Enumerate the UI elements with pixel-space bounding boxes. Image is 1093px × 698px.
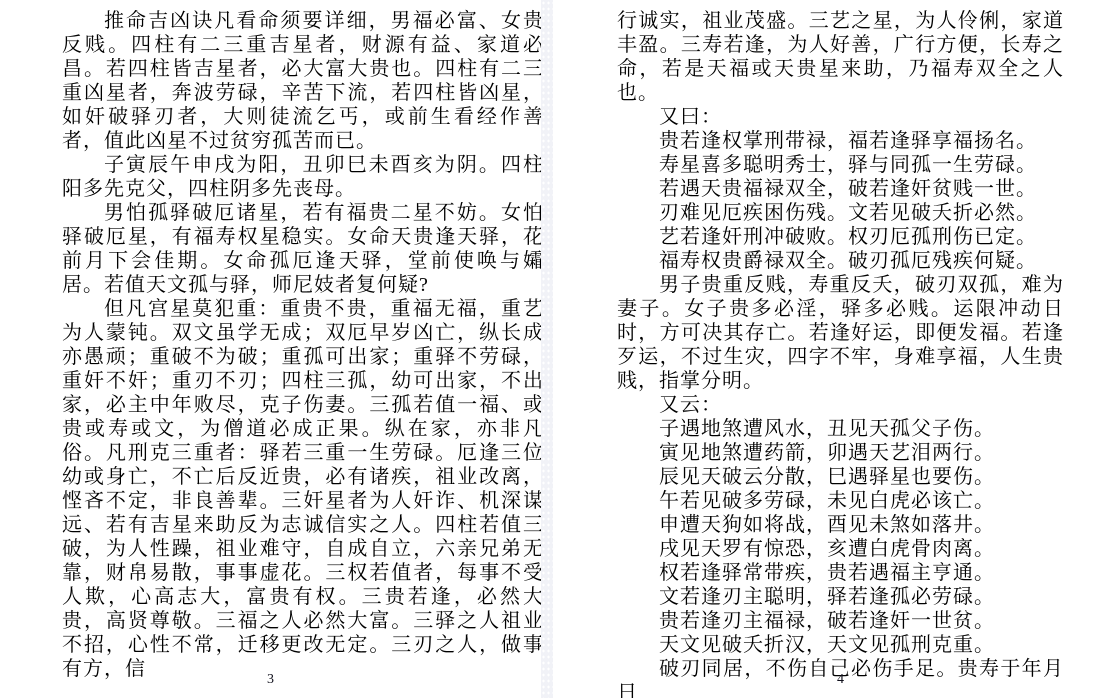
paragraph: 贵若逢权掌刑带禄，福若逢驿享福扬名。 — [617, 129, 1064, 153]
paragraph: 又云： — [617, 393, 1064, 417]
paragraph: 但凡宫星莫犯重：重贵不贵，重福无福，重艺为人蒙钝。双文虽学无成；双厄早岁凶亡，纵… — [62, 297, 544, 681]
paragraph: 天文见破夭折汉，天文见孤刑克重。 — [617, 633, 1064, 657]
paragraph: 戌见天罗有惊恐，亥遭白虎骨肉离。 — [617, 537, 1064, 561]
paragraph: 辰见天破云分散，巳遇驿星也要伤。 — [617, 465, 1064, 489]
paragraph: 寅见地煞遭药箭，卯遇天艺泪两行。 — [617, 441, 1064, 465]
page-4-number: 4 — [617, 671, 1064, 688]
paragraph: 推命吉凶诀凡看命须要详细，男福必富、女贵反贱。四柱有二三重吉星者，财源有益、家道… — [62, 9, 544, 153]
page-gutter-divider — [541, 0, 553, 698]
page-3: 推命吉凶诀凡看命须要详细，男福必富、女贵反贱。四柱有二三重吉星者，财源有益、家道… — [0, 0, 541, 698]
paragraph: 寿星喜多聪明秀士，驿与同孤一生劳碌。 — [617, 153, 1064, 177]
page-3-text-column: 推命吉凶诀凡看命须要详细，男福必富、女贵反贱。四柱有二三重吉星者，财源有益、家道… — [62, 9, 544, 681]
paragraph: 刃难见厄疾困伤残。文若见破夭折必然。 — [617, 201, 1064, 225]
paragraph: 男怕孤驿破厄诸星，若有福贵二星不妨。女怕驿破厄星，有福寿权星稳实。女命天贵逢天驿… — [62, 201, 544, 297]
page-4: 行诚实，祖业茂盛。三艺之星，为人伶俐，家道丰盈。三寿若逢，为人好善，广行方便，长… — [553, 0, 1093, 698]
paragraph: 贵若逢刃主福禄，破若逢奸一世贫。 — [617, 609, 1064, 633]
page-4-text-column: 行诚实，祖业茂盛。三艺之星，为人伶俐，家道丰盈。三寿若逢，为人好善，广行方便，长… — [617, 9, 1064, 698]
paragraph: 艺若逢奸刑冲破败。权刃厄孤刑伤已定。 — [617, 225, 1064, 249]
paragraph: 申遭天狗如将战，酉见未煞如落井。 — [617, 513, 1064, 537]
paragraph: 子遇地煞遭风水，丑见天孤父子伤。 — [617, 417, 1064, 441]
paragraph: 文若逢刃主聪明，驿若逢孤必劳碌。 — [617, 585, 1064, 609]
page-3-number: 3 — [0, 671, 541, 688]
book-page-spread: 推命吉凶诀凡看命须要详细，男福必富、女贵反贱。四柱有二三重吉星者，财源有益、家道… — [0, 0, 1093, 698]
paragraph: 又曰： — [617, 105, 1064, 129]
paragraph: 男子贵重反贱，寿重反夭，破刃双孤，难为妻子。女子贵多必淫，驿多必贱。运限冲动日时… — [617, 273, 1064, 393]
paragraph: 行诚实，祖业茂盛。三艺之星，为人伶俐，家道丰盈。三寿若逢，为人好善，广行方便，长… — [617, 9, 1064, 105]
paragraph: 午若见破多劳碌，未见白虎必该亡。 — [617, 489, 1064, 513]
paragraph: 子寅辰午申戌为阳，丑卯巳未酉亥为阴。四柱阳多先克父，四柱阴多先丧母。 — [62, 153, 544, 201]
paragraph: 权若逢驿常带疾，贵若遇福主亨通。 — [617, 561, 1064, 585]
paragraph: 福寿权贵爵禄双全。破刃孤厄残疾何疑。 — [617, 249, 1064, 273]
paragraph: 若遇天贵福禄双全，破若逢奸贫贱一世。 — [617, 177, 1064, 201]
